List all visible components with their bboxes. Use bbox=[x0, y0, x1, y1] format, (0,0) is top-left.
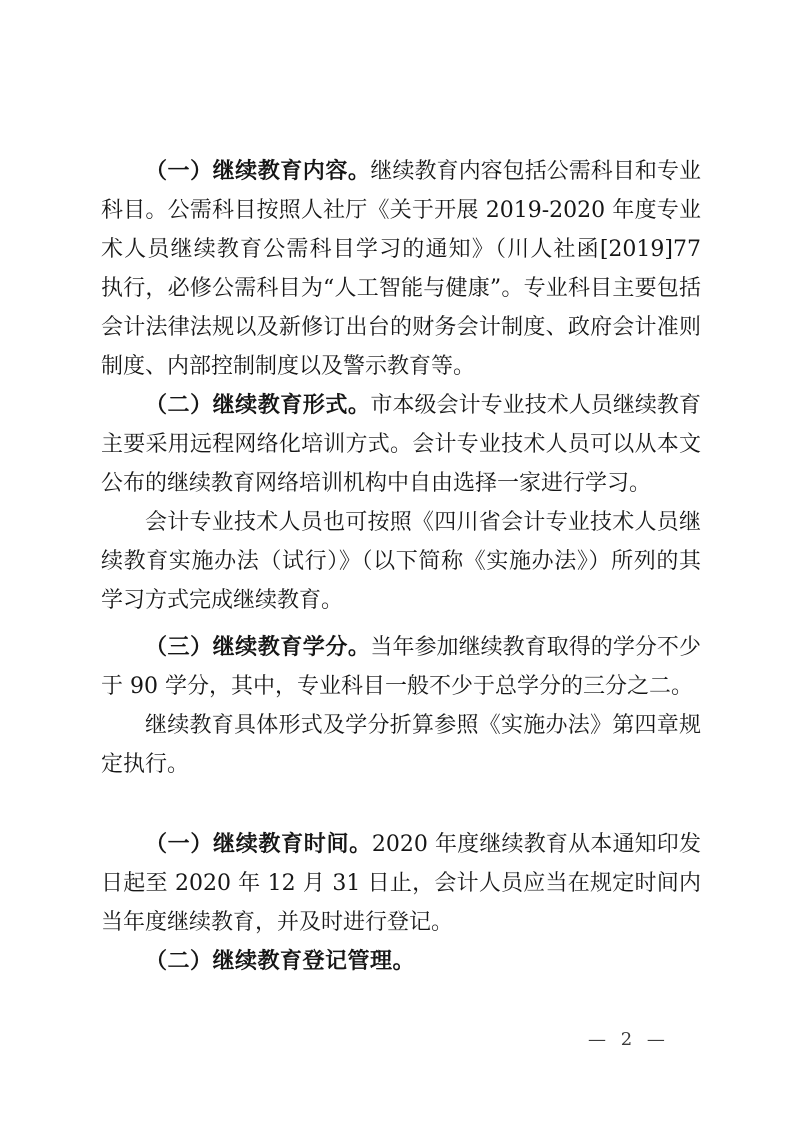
paragraph-text: 续教育实施办法（试行）》（以下简称《实施办法》）所列的其他 bbox=[101, 549, 701, 581]
paragraph-line: 主要采用远程网络化培训方式。会计专业技术人员可以从本文 bbox=[101, 425, 701, 464]
paragraph-text: 继续教育内容包括公需科目和专业 bbox=[370, 159, 701, 184]
paragraph-line: 学习方式完成继续教育。 bbox=[101, 581, 701, 620]
paragraph-line: 于 90 学分，其中，专业科目一般不少于总学分的三分之二。 bbox=[101, 667, 701, 706]
paragraph-text: 学习方式完成继续教育。 bbox=[101, 588, 343, 613]
paragraph-line: 科目。公需科目按照人社厅《关于开展 2019-2020 年度专业技 bbox=[101, 191, 701, 230]
paragraph-lead-line: （二）继续教育登记管理。 bbox=[101, 942, 701, 981]
paragraph-lead-label: （一）继续教育时间。 bbox=[145, 831, 372, 857]
paragraph-lead-label: （一）继续教育内容。 bbox=[145, 158, 370, 184]
paragraph-text: 主要采用远程网络化培训方式。会计专业技术人员可以从本文 bbox=[101, 432, 701, 457]
paragraph-text: 会计专业技术人员也可按照《四川省会计专业技术人员继 bbox=[145, 510, 701, 535]
paragraph-text: 公布的继续教育网络培训机构中自由选择一家进行学习。 bbox=[101, 471, 651, 496]
paragraph-line: 会计专业技术人员也可按照《四川省会计专业技术人员继 bbox=[101, 503, 701, 542]
paragraph-text: 会计法律法规以及新修订出台的财务会计制度、政府会计准则 bbox=[101, 315, 701, 340]
paragraph-text: 当年度继续教育，并及时进行登记。 bbox=[101, 910, 453, 935]
paragraph-text: 科目。公需科目按照人社厅《关于开展 2019-2020 年度专业技 bbox=[101, 198, 701, 230]
paragraph-line: 术人员继续教育公需科目学习的通知》（川人社函[2019]77 号） bbox=[101, 230, 701, 269]
page-number: — 2 — bbox=[588, 1026, 666, 1054]
paragraph-line: 日起至 2020 年 12 月 31 日止，会计人员应当在规定时间内完成 bbox=[101, 864, 701, 903]
section-heading-3: 三、继续教育时间及登记管理 bbox=[101, 786, 701, 825]
paragraph-line: 执行，必修公需科目为“人工智能与健康”。专业科目主要包括 bbox=[101, 269, 701, 308]
paragraph-lead-line: （一）继续教育内容。继续教育内容包括公需科目和专业 bbox=[101, 152, 701, 191]
paragraph-lead-label: （二）继续教育登记管理。 bbox=[145, 948, 415, 974]
paragraph-lead-line: （三）继续教育学分。当年参加继续教育取得的学分不少 bbox=[101, 628, 701, 667]
paragraph-line: 续教育实施办法（试行）》（以下简称《实施办法》）所列的其他 bbox=[101, 542, 701, 581]
paragraph-lead-line: （二）继续教育形式。市本级会计专业技术人员继续教育 bbox=[101, 386, 701, 425]
paragraph-text: 市本级会计专业技术人员继续教育 bbox=[370, 393, 701, 418]
paragraph-lead-label: （三）继续教育学分。 bbox=[145, 634, 370, 660]
paragraph-line: 制度、内部控制制度以及警示教育等。 bbox=[101, 347, 701, 386]
paragraph-text: 日起至 2020 年 12 月 31 日止，会计人员应当在规定时间内完成 bbox=[101, 871, 701, 903]
paragraph-text: 继续教育具体形式及学分折算参照《实施办法》第四章规 bbox=[145, 713, 701, 738]
paragraph-text: 制度、内部控制制度以及警示教育等。 bbox=[101, 354, 475, 379]
section-heading-2: 二、继续教育内容及形式 bbox=[101, 113, 701, 152]
paragraph-text: 于 90 学分，其中，专业科目一般不少于总学分的三分之二。 bbox=[101, 674, 693, 699]
paragraph-line: 公布的继续教育网络培训机构中自由选择一家进行学习。 bbox=[101, 464, 701, 503]
paragraph-line: 继续教育具体形式及学分折算参照《实施办法》第四章规 bbox=[101, 706, 701, 745]
paragraph-lead-line: （一）继续教育时间。2020 年度继续教育从本通知印发之 bbox=[101, 825, 701, 864]
paragraph-text: 执行，必修公需科目为“人工智能与健康”。专业科目主要包括 bbox=[101, 276, 701, 301]
paragraph-text: 当年参加继续教育取得的学分不少 bbox=[370, 635, 701, 660]
document-page: 二、继续教育内容及形式 （一）继续教育内容。继续教育内容包括公需科目和专业 科目… bbox=[0, 0, 793, 1122]
paragraph-text: 术人员继续教育公需科目学习的通知》（川人社函[2019]77 号） bbox=[101, 237, 701, 269]
paragraph-line: 当年度继续教育，并及时进行登记。 bbox=[101, 903, 701, 942]
paragraph-line: 会计法律法规以及新修订出台的财务会计制度、政府会计准则 bbox=[101, 308, 701, 347]
paragraph-text: 定执行。 bbox=[101, 752, 189, 777]
document-body: 二、继续教育内容及形式 （一）继续教育内容。继续教育内容包括公需科目和专业 科目… bbox=[101, 113, 701, 981]
paragraph-line: 定执行。 bbox=[101, 745, 701, 784]
paragraph-lead-label: （二）继续教育形式。 bbox=[145, 392, 370, 418]
